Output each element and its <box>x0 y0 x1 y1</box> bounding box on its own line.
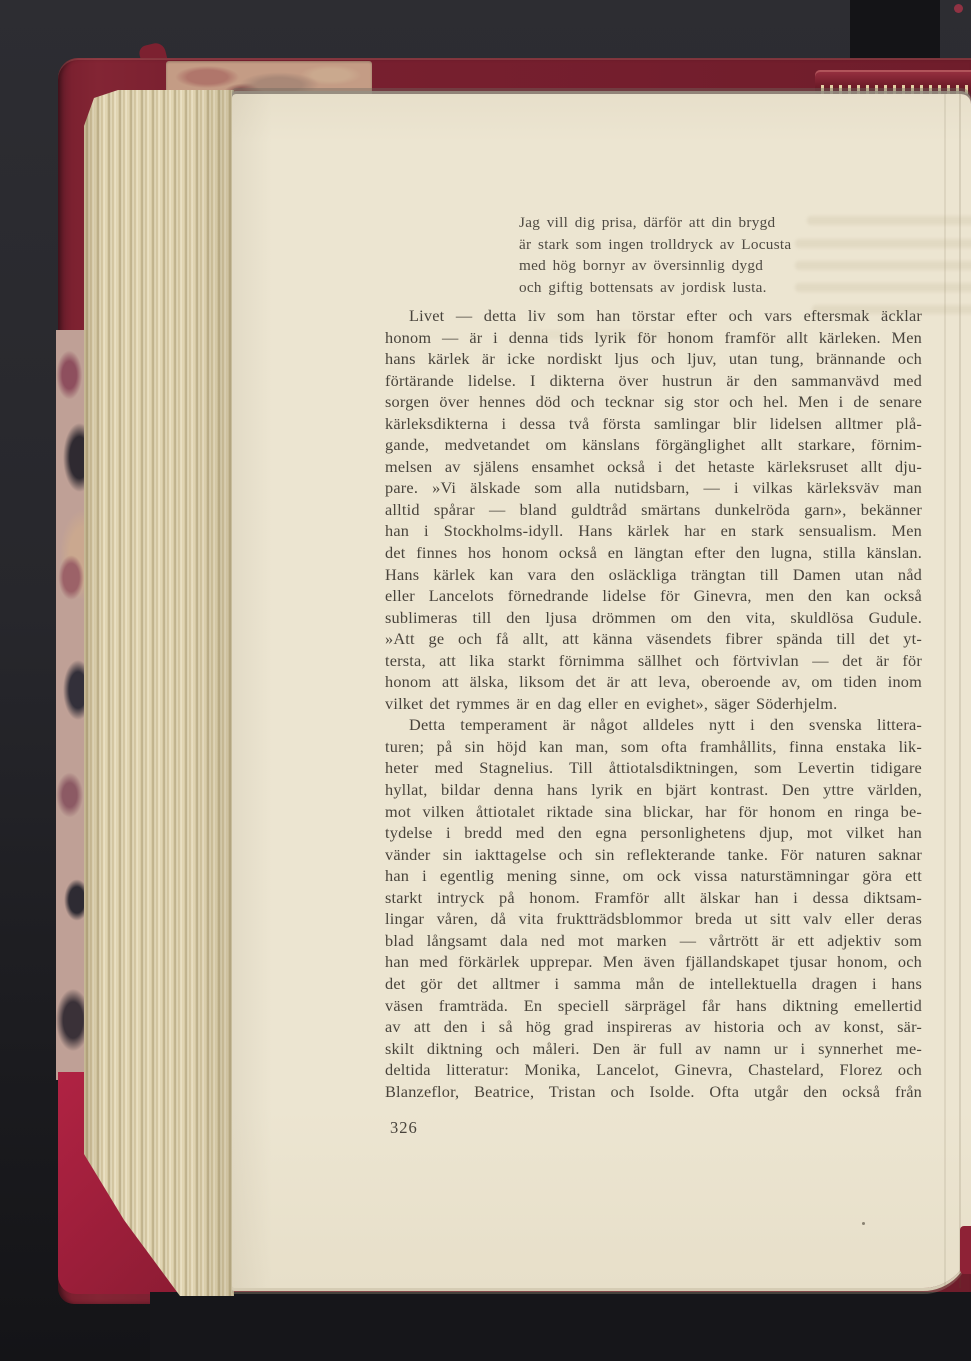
text-line: han i egentlig mening sinne, om ock viss… <box>385 865 922 887</box>
text-line: heter med Stagnelius. Till åttiotalsdikt… <box>385 757 922 779</box>
text-line: tersta, att lika starkt förnimma sällhet… <box>385 650 922 672</box>
page-crease <box>959 94 961 1288</box>
text-line: Livet — detta liv som han törstar efter … <box>385 305 922 327</box>
cover-edge-sliver-right <box>960 1226 971 1274</box>
paragraph: Livet — detta liv som han törstar efter … <box>385 305 922 714</box>
paragraph: Detta temperament är något alldeles nytt… <box>385 714 922 1102</box>
text-line: tydelse i bredd med den egna personlighe… <box>385 822 922 844</box>
text-line: kärleksdikterna i dessa två första samli… <box>385 413 922 435</box>
text-line: skilt diktning och måleri. Den är full a… <box>385 1038 922 1060</box>
epigraph-line: är stark som ingen trolldryck av Locusta <box>519 234 922 256</box>
epigraph-line: och giftig bottensats av jordisk lusta. <box>519 277 922 299</box>
text-line: melsen av själens ensamhet också i det h… <box>385 456 922 478</box>
text-line: turen; på sin höjd kan man, som ofta fra… <box>385 736 922 758</box>
shadow-below-page <box>150 1292 971 1361</box>
text-line: vilket det rymmes är en dag eller en evi… <box>385 693 922 715</box>
page-edges-fan <box>84 90 234 1296</box>
page-crease <box>944 94 946 1288</box>
text-line: Hans kärlek kan vara den osläckliga trän… <box>385 564 922 586</box>
text-line: »Att ge och få allt, att känna väsendets… <box>385 628 922 650</box>
text-line: lingar våren, då vita fruktträdsblommor … <box>385 908 922 930</box>
epigraph: Jag vill dig prisa, därför att din brygd… <box>519 212 922 298</box>
spine-shadow <box>850 0 940 62</box>
text-line: deltida litteratur: Monika, Lancelot, Gi… <box>385 1059 922 1081</box>
text-line: vänder sin iakttagelse och sin reflekter… <box>385 844 922 866</box>
text-line: pare. »Vi älskade som alla nutidsbarn, —… <box>385 477 922 499</box>
dust-speck <box>862 1222 865 1225</box>
printed-text: Jag vill dig prisa, därför att din brygd… <box>385 212 922 1102</box>
text-line: Blanzeflor, Beatrice, Tristan och Isolde… <box>385 1081 922 1103</box>
spine-headband <box>815 70 971 96</box>
text-line: han med förkärlek upprepar. Men även fjä… <box>385 951 922 973</box>
text-line: blad långsamt dala ned mot marken — vårt… <box>385 930 922 952</box>
text-line: honom — är i denna tids lyrik för honom … <box>385 327 922 349</box>
epigraph-line: Jag vill dig prisa, därför att din brygd <box>519 212 922 234</box>
text-line: honom att älska, liksom det är att leva,… <box>385 671 922 693</box>
text-line: gande, medvetandet om känslans förgängli… <box>385 434 922 456</box>
text-line: mot vilken åttiotalet riktade sina blick… <box>385 801 922 823</box>
body-text: Livet — detta liv som han törstar efter … <box>385 305 922 1102</box>
text-line: av att den i så hög grad inspireras av h… <box>385 1016 922 1038</box>
open-page: Jag vill dig prisa, därför att din brygd… <box>232 94 971 1288</box>
dust-speck-red <box>954 4 963 13</box>
text-line: det finnes hos honom också en längtan ef… <box>385 542 922 564</box>
epigraph-line: med hög bornyr av översinnlig dygd <box>519 255 922 277</box>
text-line: hyllat, bildar denna hans lyrik en bjärt… <box>385 779 922 801</box>
page-number: 326 <box>390 1118 418 1138</box>
text-line: Detta temperament är något alldeles nytt… <box>385 714 922 736</box>
text-line: väsen framträda. En speciell särprägel f… <box>385 995 922 1017</box>
text-line: sorgen över hennes död och tecknar sig s… <box>385 391 922 413</box>
text-line: förtärande lidelse. I dikterna över hust… <box>385 370 922 392</box>
text-line: han i Stockholms-idyll. Hans kärlek har … <box>385 520 922 542</box>
text-line: det gör det alltmer i samma mån de intel… <box>385 973 922 995</box>
scanned-book-photo: Jag vill dig prisa, därför att din brygd… <box>0 0 971 1361</box>
text-line: alltid spårar — bland guldtråd smärtans … <box>385 499 922 521</box>
text-line: eller Lancelots förnedrande lidelse för … <box>385 585 922 607</box>
text-line: hans kärlek är icke nordiskt ljus och lj… <box>385 348 922 370</box>
text-line: starkt intryck på honom. Framför allt äl… <box>385 887 922 909</box>
text-line: sublimeras till den ljusa drömmen om den… <box>385 607 922 629</box>
